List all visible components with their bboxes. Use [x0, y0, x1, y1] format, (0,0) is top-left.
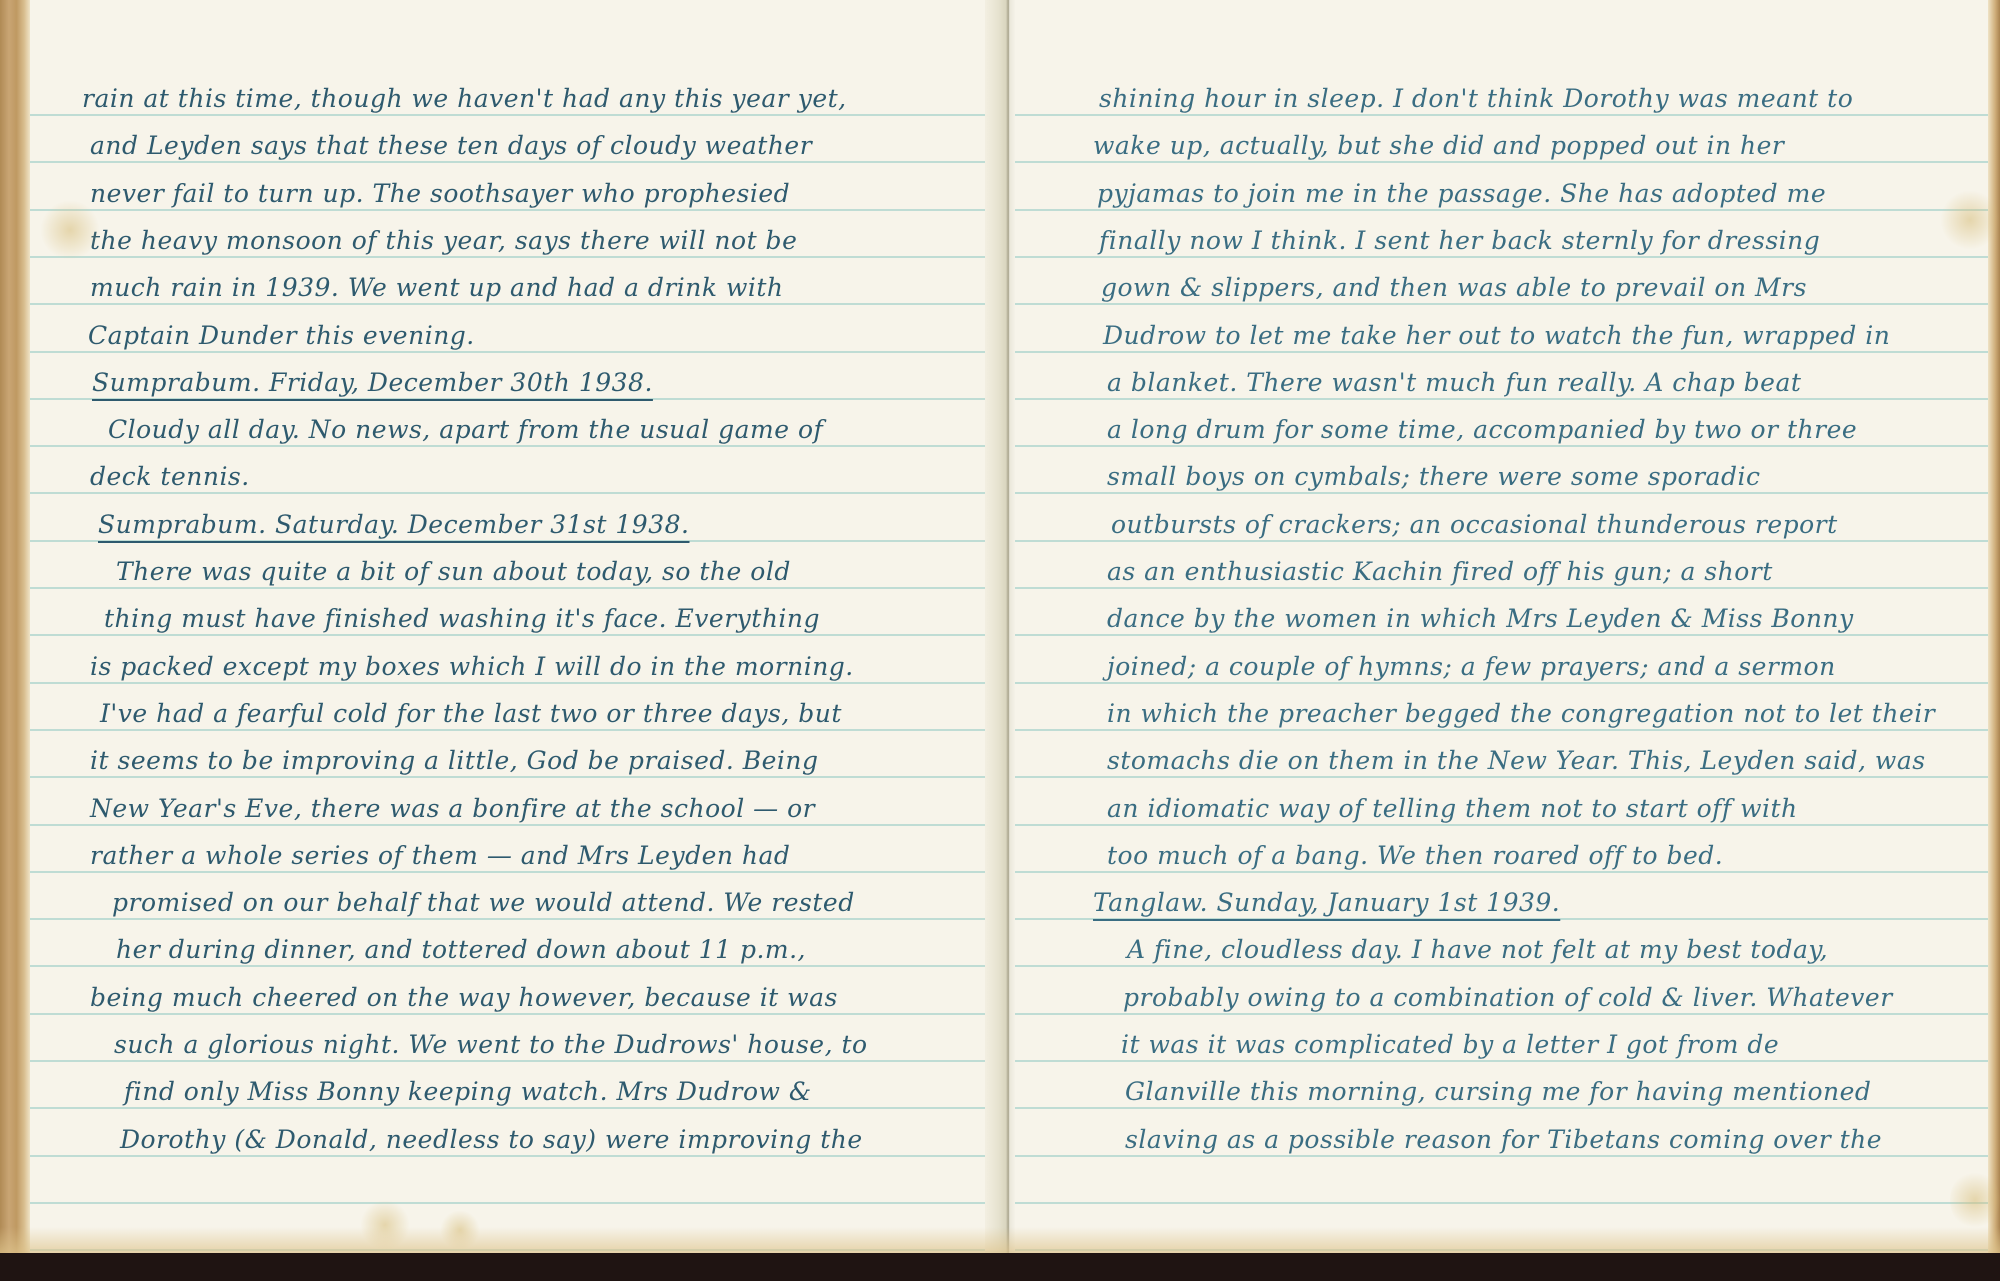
ruled-line	[1015, 1202, 1988, 1204]
ruled-line	[30, 398, 985, 400]
text-line: joined; a couple of hymns; a few prayers…	[1107, 652, 1836, 681]
ruled-line	[30, 776, 985, 778]
text-line: Captain Dunder this evening.	[88, 321, 475, 350]
ruled-line	[30, 351, 985, 353]
right-page: shining hour in sleep. I don't think Dor…	[1015, 0, 1988, 1253]
ruled-line	[30, 1060, 985, 1062]
text-line: much rain in 1939. We went up and had a …	[90, 273, 784, 302]
paper-stain	[40, 200, 100, 260]
page-edges-left	[0, 0, 30, 1253]
text-line: shining hour in sleep. I don't think Dor…	[1099, 84, 1853, 113]
text-line: gown & slippers, and then was able to pr…	[1101, 273, 1807, 302]
page-bottom-edge	[0, 1227, 2000, 1253]
text-line: Glanville this morning, cursing me for h…	[1125, 1077, 1871, 1106]
text-line: small boys on cymbals; there were some s…	[1107, 462, 1760, 491]
text-line: rather a whole series of them — and Mrs …	[90, 841, 790, 870]
ruled-line	[30, 587, 985, 589]
text-line: deck tennis.	[90, 462, 250, 491]
ruled-line	[30, 1013, 985, 1015]
text-line: A fine, cloudless day. I have not felt a…	[1127, 935, 1828, 964]
text-line: as an enthusiastic Kachin fired off his …	[1107, 557, 1773, 586]
text-line: Cloudy all day. No news, apart from the …	[108, 415, 823, 444]
ruled-line	[1015, 1155, 1988, 1157]
text-line: such a glorious night. We went to the Du…	[114, 1030, 868, 1059]
ruled-line	[1015, 114, 1988, 116]
text-line: stomachs die on them in the New Year. Th…	[1107, 746, 1926, 775]
ruled-line	[30, 256, 985, 258]
ruled-line	[1015, 303, 1988, 305]
ruled-line	[30, 824, 985, 826]
ruled-line	[30, 918, 985, 920]
ruled-line	[1015, 965, 1988, 967]
ruled-line	[30, 1202, 985, 1204]
text-line: Dudrow to let me take her out to watch t…	[1103, 321, 1890, 350]
ruled-line	[30, 114, 985, 116]
text-line: is packed except my boxes which I will d…	[90, 652, 854, 681]
ruled-line	[1015, 209, 1988, 211]
entry-heading: Sumprabum. Friday, December 30th 1938.	[92, 368, 653, 397]
text-line: finally now I think. I sent her back ste…	[1099, 226, 1820, 255]
text-line: it was it was complicated by a letter I …	[1121, 1030, 1779, 1059]
ruled-line	[30, 729, 985, 731]
ruled-line	[30, 682, 985, 684]
ruled-line	[30, 1155, 985, 1157]
ruled-line	[30, 540, 985, 542]
ruled-line	[1015, 492, 1988, 494]
text-line: Dorothy (& Donald, needless to say) were…	[120, 1125, 863, 1154]
ruled-line	[1015, 445, 1988, 447]
text-line: outbursts of crackers; an occasional thu…	[1111, 510, 1838, 539]
ruled-line	[30, 209, 985, 211]
ruled-line	[30, 1107, 985, 1109]
page-edges-right	[1988, 0, 2000, 1253]
text-line: dance by the women in which Mrs Leyden &…	[1107, 604, 1854, 633]
text-line: thing must have finished washing it's fa…	[104, 604, 820, 633]
ruled-line	[1015, 682, 1988, 684]
text-line: the heavy monsoon of this year, says the…	[90, 226, 797, 255]
text-line: probably owing to a combination of cold …	[1123, 983, 1893, 1012]
book-gutter	[985, 0, 1015, 1253]
text-line: and Leyden says that these ten days of c…	[90, 131, 812, 160]
ruled-line	[1015, 161, 1988, 163]
text-line: There was quite a bit of sun about today…	[116, 557, 791, 586]
text-line: I've had a fearful cold for the last two…	[100, 699, 842, 728]
text-line: wake up, actually, but she did and poppe…	[1093, 131, 1784, 160]
ruled-line	[30, 303, 985, 305]
text-line: promised on our behalf that we would att…	[112, 888, 855, 917]
text-line: find only Miss Bonny keeping watch. Mrs …	[124, 1077, 812, 1106]
ruled-line	[1015, 398, 1988, 400]
text-line: it seems to be improving a little, God b…	[90, 746, 819, 775]
entry-heading: Sumprabum. Saturday. December 31st 1938.	[98, 510, 689, 539]
text-line: a blanket. There wasn't much fun really.…	[1107, 368, 1801, 397]
ruled-line	[1015, 634, 1988, 636]
ruled-line	[1015, 1013, 1988, 1015]
entry-heading: Tanglaw. Sunday, January 1st 1939.	[1093, 888, 1560, 917]
ruled-line	[1015, 1060, 1988, 1062]
left-page: rain at this time, though we haven't had…	[30, 0, 985, 1253]
ruled-line	[30, 161, 985, 163]
text-line: being much cheered on the way however, b…	[90, 983, 838, 1012]
ruled-line	[1015, 824, 1988, 826]
paper-stain	[1950, 1170, 2000, 1230]
text-line: a long drum for some time, accompanied b…	[1107, 415, 1857, 444]
ruled-line	[30, 634, 985, 636]
text-line: an idiomatic way of telling them not to …	[1107, 794, 1798, 823]
text-line: too much of a bang. We then roared off t…	[1107, 841, 1723, 870]
ruled-line	[1015, 256, 1988, 258]
ruled-line	[30, 445, 985, 447]
ruled-line	[1015, 1107, 1988, 1109]
text-line: never fail to turn up. The soothsayer wh…	[90, 179, 790, 208]
text-line: in which the preacher begged the congreg…	[1107, 699, 1935, 728]
text-line: New Year's Eve, there was a bonfire at t…	[90, 794, 815, 823]
ruled-line	[1015, 540, 1988, 542]
ruled-line	[1015, 776, 1988, 778]
text-line: slaving as a possible reason for Tibetan…	[1125, 1125, 1882, 1154]
notebook-spread: rain at this time, though we haven't had…	[0, 0, 2000, 1253]
ruled-line	[30, 492, 985, 494]
ruled-line	[30, 965, 985, 967]
ruled-line	[1015, 871, 1988, 873]
ruled-line	[30, 871, 985, 873]
ruled-line	[1015, 729, 1988, 731]
text-line: rain at this time, though we haven't had…	[82, 84, 847, 113]
paper-stain	[1940, 190, 2000, 250]
text-line: her during dinner, and tottered down abo…	[116, 935, 806, 964]
ruled-line	[1015, 587, 1988, 589]
ruled-line	[1015, 351, 1988, 353]
ruled-line	[1015, 918, 1988, 920]
text-line: pyjamas to join me in the passage. She h…	[1097, 179, 1826, 208]
